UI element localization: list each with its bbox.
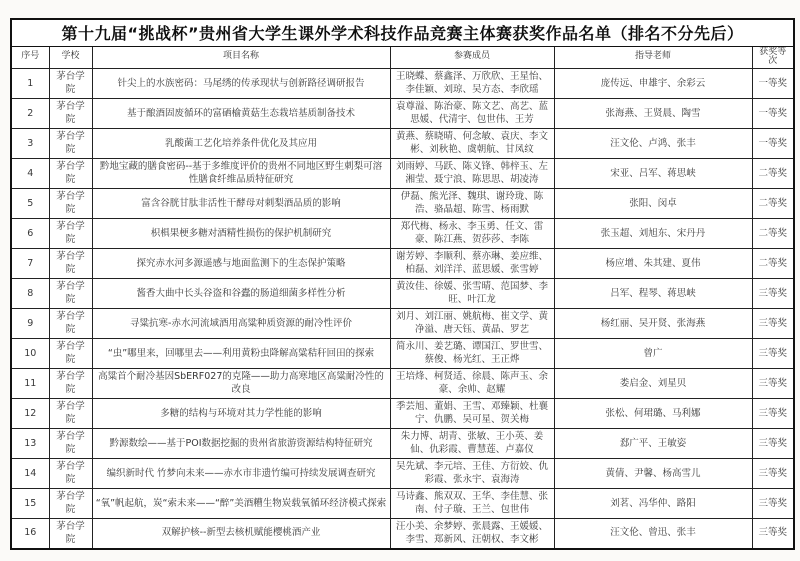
cell-project: “虫”哪里来，回哪里去——利用黄粉虫降解高粱秸秆回田的探索 (92, 339, 390, 369)
cell-advisors: 张海燕、王贤晨、陶雪 (554, 99, 752, 129)
cell-advisors: 吕军、程琴、蒋思峡 (554, 279, 752, 309)
cell-members: 刘雨婷、马跃、陈义锋、韩梓玉、左湘莹、聂宁浪、陈思思、胡凌涛 (390, 159, 554, 189)
cell-project: 编织新时代 竹梦向未来——赤水市非遗竹编可持续发展调查研究 (92, 459, 390, 489)
cell-project: 黔源数绘——基于POI数据挖掘的贵州省旅游资源结构特征研究 (92, 429, 390, 459)
cell-award: 三等奖 (752, 519, 794, 549)
cell-no: 6 (11, 219, 49, 249)
cell-no: 10 (11, 339, 49, 369)
cell-award: 三等奖 (752, 339, 794, 369)
table-row: 15茅台学院“氧”帆起航，炭“索未来——“醉”美酒糟生物炭载氧循环经济模式探索马… (11, 489, 794, 519)
table-row: 4茅台学院黔地宝藏的膳食密码--基于多维度评价的贵州不同地区野生刺梨可溶性膳食纤… (11, 159, 794, 189)
table-row: 13茅台学院黔源数绘——基于POI数据挖掘的贵州省旅游资源结构特征研究朱力博、胡… (11, 429, 794, 459)
column-header: 学校 (49, 46, 92, 69)
cell-advisors: 宋亚、吕军、蒋思峡 (554, 159, 752, 189)
cell-award: 二等奖 (752, 219, 794, 249)
table-row: 3茅台学院乳酸菌工艺化培养条件优化及其应用黄燕、蔡晓晴、何念敏、袁庆、李文彬、刘… (11, 129, 794, 159)
table-header-row: 序号学校项目名称参赛成员指导老师获奖等次 (11, 46, 794, 69)
cell-award: 三等奖 (752, 459, 794, 489)
column-header: 指导老师 (554, 46, 752, 69)
award-table: 第十九届“挑战杯”贵州省大学生课外学术科技作品竞赛主体赛获奖作品名单（排名不分先… (10, 18, 795, 550)
title-row: 第十九届“挑战杯”贵州省大学生课外学术科技作品竞赛主体赛获奖作品名单（排名不分先… (11, 19, 794, 46)
cell-no: 9 (11, 309, 49, 339)
table-row: 6茅台学院枳椇果梗多糖对酒精性损伤的保护机制研究郑代梅、杨永、李玉勇、任文、雷豪… (11, 219, 794, 249)
cell-no: 1 (11, 69, 49, 99)
table-row: 10茅台学院“虫”哪里来，回哪里去——利用黄粉虫降解高粱秸秆回田的探索简永川、姜… (11, 339, 794, 369)
document-page: 第十九届“挑战杯”贵州省大学生课外学术科技作品竞赛主体赛获奖作品名单（排名不分先… (0, 0, 800, 561)
cell-award: 二等奖 (752, 249, 794, 279)
cell-advisors: 庞传远、申雄宇、余彩云 (554, 69, 752, 99)
cell-members: 吴先斌、李元培、王佳、方衍姣、仇彩霞、张永宇、袁海涛 (390, 459, 554, 489)
cell-no: 8 (11, 279, 49, 309)
cell-school: 茅台学院 (49, 399, 92, 429)
cell-school: 茅台学院 (49, 279, 92, 309)
cell-school: 茅台学院 (49, 159, 92, 189)
cell-project: 双解护核--新型去核机赋能樱桃酒产业 (92, 519, 390, 549)
cell-school: 茅台学院 (49, 69, 92, 99)
table-row: 1茅台学院针尖上的水族密码：马尾绣的传承现状与创新路径调研报告王晓蝶、蔡鑫泽、万… (11, 69, 794, 99)
page-title: 第十九届“挑战杯”贵州省大学生课外学术科技作品竞赛主体赛获奖作品名单（排名不分先… (11, 19, 794, 46)
cell-award: 二等奖 (752, 189, 794, 219)
cell-project: 枳椇果梗多糖对酒精性损伤的保护机制研究 (92, 219, 390, 249)
cell-award: 三等奖 (752, 429, 794, 459)
cell-award: 三等奖 (752, 369, 794, 399)
cell-no: 3 (11, 129, 49, 159)
table-row: 9茅台学院寻粱抗寒-赤水河流域酒用高粱种质资源的耐冷性评价刘月、刘江丽、姚航梅、… (11, 309, 794, 339)
cell-advisors: 张松、何珺璐、马利娜 (554, 399, 752, 429)
cell-no: 11 (11, 369, 49, 399)
cell-project: 探究赤水河多源遥感与地面监测下的生态保护策略 (92, 249, 390, 279)
cell-members: 简永川、姜艺璐、谭国江、罗世雪、蔡俊、杨光红、王正烨 (390, 339, 554, 369)
column-header: 序号 (11, 46, 49, 69)
cell-members: 王晓蝶、蔡鑫泽、万欣欣、王星怡、李佳颖、刘琼、吴方态、李欣瑶 (390, 69, 554, 99)
cell-no: 12 (11, 399, 49, 429)
cell-school: 茅台学院 (49, 99, 92, 129)
cell-project: 高粱首个耐冷基因SbERF027的克隆——助力高寒地区高粱耐冷性的改良 (92, 369, 390, 399)
cell-advisors: 汪文伦、曾迅、张丰 (554, 519, 752, 549)
cell-school: 茅台学院 (49, 369, 92, 399)
table-row: 5茅台学院富含谷胱甘肽非活性干酵母对刺梨酒品质的影响伊磊、熊光泽、魏琪、谢玲珑、… (11, 189, 794, 219)
cell-project: 黔地宝藏的膳食密码--基于多维度评价的贵州不同地区野生刺梨可溶性膳食纤维品质特征… (92, 159, 390, 189)
cell-members: 朱力博、胡青、张敏、王小英、姜仙、仇彩霞、曹慧莲、卢嘉仪 (390, 429, 554, 459)
cell-members: 袁尊溢、陈治豪、陈文艺、高艺、蓝思媛、代清宇、包世伟、王芳 (390, 99, 554, 129)
table-row: 8茅台学院酱香大曲中长头谷盗和谷蠹的肠道细菌多样性分析黄汝佳、徐媛、张雪晴、范国… (11, 279, 794, 309)
cell-award: 一等奖 (752, 129, 794, 159)
cell-members: 黄燕、蔡晓晴、何念敏、袁庆、李文彬、刘秋艳、虞朝航、甘凤纹 (390, 129, 554, 159)
table-row: 11茅台学院高粱首个耐冷基因SbERF027的克隆——助力高寒地区高粱耐冷性的改… (11, 369, 794, 399)
cell-no: 15 (11, 489, 49, 519)
cell-school: 茅台学院 (49, 309, 92, 339)
table-row: 2茅台学院基于酿酒固废循环的富硒榆黄菇生态栽培基质制备技术袁尊溢、陈治豪、陈文艺… (11, 99, 794, 129)
cell-award: 一等奖 (752, 99, 794, 129)
cell-no: 14 (11, 459, 49, 489)
cell-school: 茅台学院 (49, 339, 92, 369)
cell-project: 富含谷胱甘肽非活性干酵母对刺梨酒品质的影响 (92, 189, 390, 219)
cell-award: 三等奖 (752, 489, 794, 519)
cell-no: 5 (11, 189, 49, 219)
cell-school: 茅台学院 (49, 489, 92, 519)
table-row: 16茅台学院双解护核--新型去核机赋能樱桃酒产业汪小美、余梦婷、张晨露、王媛媛、… (11, 519, 794, 549)
cell-advisors: 曾广 (554, 339, 752, 369)
cell-advisors: 杨红丽、吴开贤、张海燕 (554, 309, 752, 339)
cell-advisors: 张玉超、刘旭东、宋丹丹 (554, 219, 752, 249)
cell-advisors: 刘茗、冯华仲、路阳 (554, 489, 752, 519)
cell-school: 茅台学院 (49, 429, 92, 459)
cell-project: “氧”帆起航，炭“索未来——“醉”美酒糟生物炭载氧循环经济模式探索 (92, 489, 390, 519)
cell-no: 2 (11, 99, 49, 129)
cell-project: 多糖的结构与环境对其力学性能的影响 (92, 399, 390, 429)
table-row: 12茅台学院多糖的结构与环境对其力学性能的影响季芸旭、董娟、王雪、邓臻颖、杜襄宁… (11, 399, 794, 429)
cell-members: 黄汝佳、徐媛、张雪晴、范国梦、李旺、叶江龙 (390, 279, 554, 309)
cell-advisors: 张阳、闵卓 (554, 189, 752, 219)
cell-school: 茅台学院 (49, 189, 92, 219)
column-header: 项目名称 (92, 46, 390, 69)
cell-project: 基于酿酒固废循环的富硒榆黄菇生态栽培基质制备技术 (92, 99, 390, 129)
cell-no: 7 (11, 249, 49, 279)
cell-members: 汪小美、余梦婷、张晨露、王媛媛、李雪、郑新风、汪朝权、李文彬 (390, 519, 554, 549)
cell-advisors: 郄广平、王敏姿 (554, 429, 752, 459)
cell-school: 茅台学院 (49, 129, 92, 159)
table-row: 7茅台学院探究赤水河多源遥感与地面监测下的生态保护策略谢芳婷、李顺利、蔡亦琳、姜… (11, 249, 794, 279)
cell-school: 茅台学院 (49, 249, 92, 279)
cell-no: 16 (11, 519, 49, 549)
table-body: 1茅台学院针尖上的水族密码：马尾绣的传承现状与创新路径调研报告王晓蝶、蔡鑫泽、万… (11, 69, 794, 549)
cell-school: 茅台学院 (49, 519, 92, 549)
cell-award: 一等奖 (752, 69, 794, 99)
cell-no: 4 (11, 159, 49, 189)
cell-members: 谢芳婷、李顺利、蔡亦琳、姜应维、柏磊、刘洋洋、蓝思媛、张雪婷 (390, 249, 554, 279)
cell-advisors: 娄启金、刘星贝 (554, 369, 752, 399)
cell-project: 针尖上的水族密码：马尾绣的传承现状与创新路径调研报告 (92, 69, 390, 99)
cell-project: 酱香大曲中长头谷盗和谷蠹的肠道细菌多样性分析 (92, 279, 390, 309)
cell-school: 茅台学院 (49, 459, 92, 489)
cell-members: 郑代梅、杨永、李玉勇、任文、雷豪、陈江燕、贺莎莎、李陈 (390, 219, 554, 249)
cell-award: 三等奖 (752, 399, 794, 429)
cell-members: 季芸旭、董娟、王雪、邓臻颖、杜襄宁、仇鹏、吴可星、贺关梅 (390, 399, 554, 429)
cell-award: 二等奖 (752, 159, 794, 189)
cell-advisors: 黄倩、尹馨、杨高雪儿 (554, 459, 752, 489)
table-row: 14茅台学院编织新时代 竹梦向未来——赤水市非遗竹编可持续发展调查研究吴先斌、李… (11, 459, 794, 489)
cell-members: 马诗鑫、熊双双、王华、李佳慧、张南、付子璇、王兰、包世伟 (390, 489, 554, 519)
cell-members: 伊磊、熊光泽、魏琪、谢玲珑、陈浩、骆晶超、陈雪、杨雨默 (390, 189, 554, 219)
cell-advisors: 汪文伦、卢鸿、张丰 (554, 129, 752, 159)
cell-no: 13 (11, 429, 49, 459)
cell-members: 刘月、刘江丽、姚航梅、崔文学、黄净溢、唐天钰、黄晶、罗艺 (390, 309, 554, 339)
column-header: 参赛成员 (390, 46, 554, 69)
cell-project: 乳酸菌工艺化培养条件优化及其应用 (92, 129, 390, 159)
cell-advisors: 杨应增、朱其建、夏伟 (554, 249, 752, 279)
cell-project: 寻粱抗寒-赤水河流域酒用高粱种质资源的耐冷性评价 (92, 309, 390, 339)
column-header: 获奖等次 (752, 46, 794, 69)
cell-members: 王培烽、柯贤适、徐晨、陈声玉、余豪、余帅、赵耀 (390, 369, 554, 399)
cell-school: 茅台学院 (49, 219, 92, 249)
cell-award: 三等奖 (752, 309, 794, 339)
cell-award: 三等奖 (752, 279, 794, 309)
